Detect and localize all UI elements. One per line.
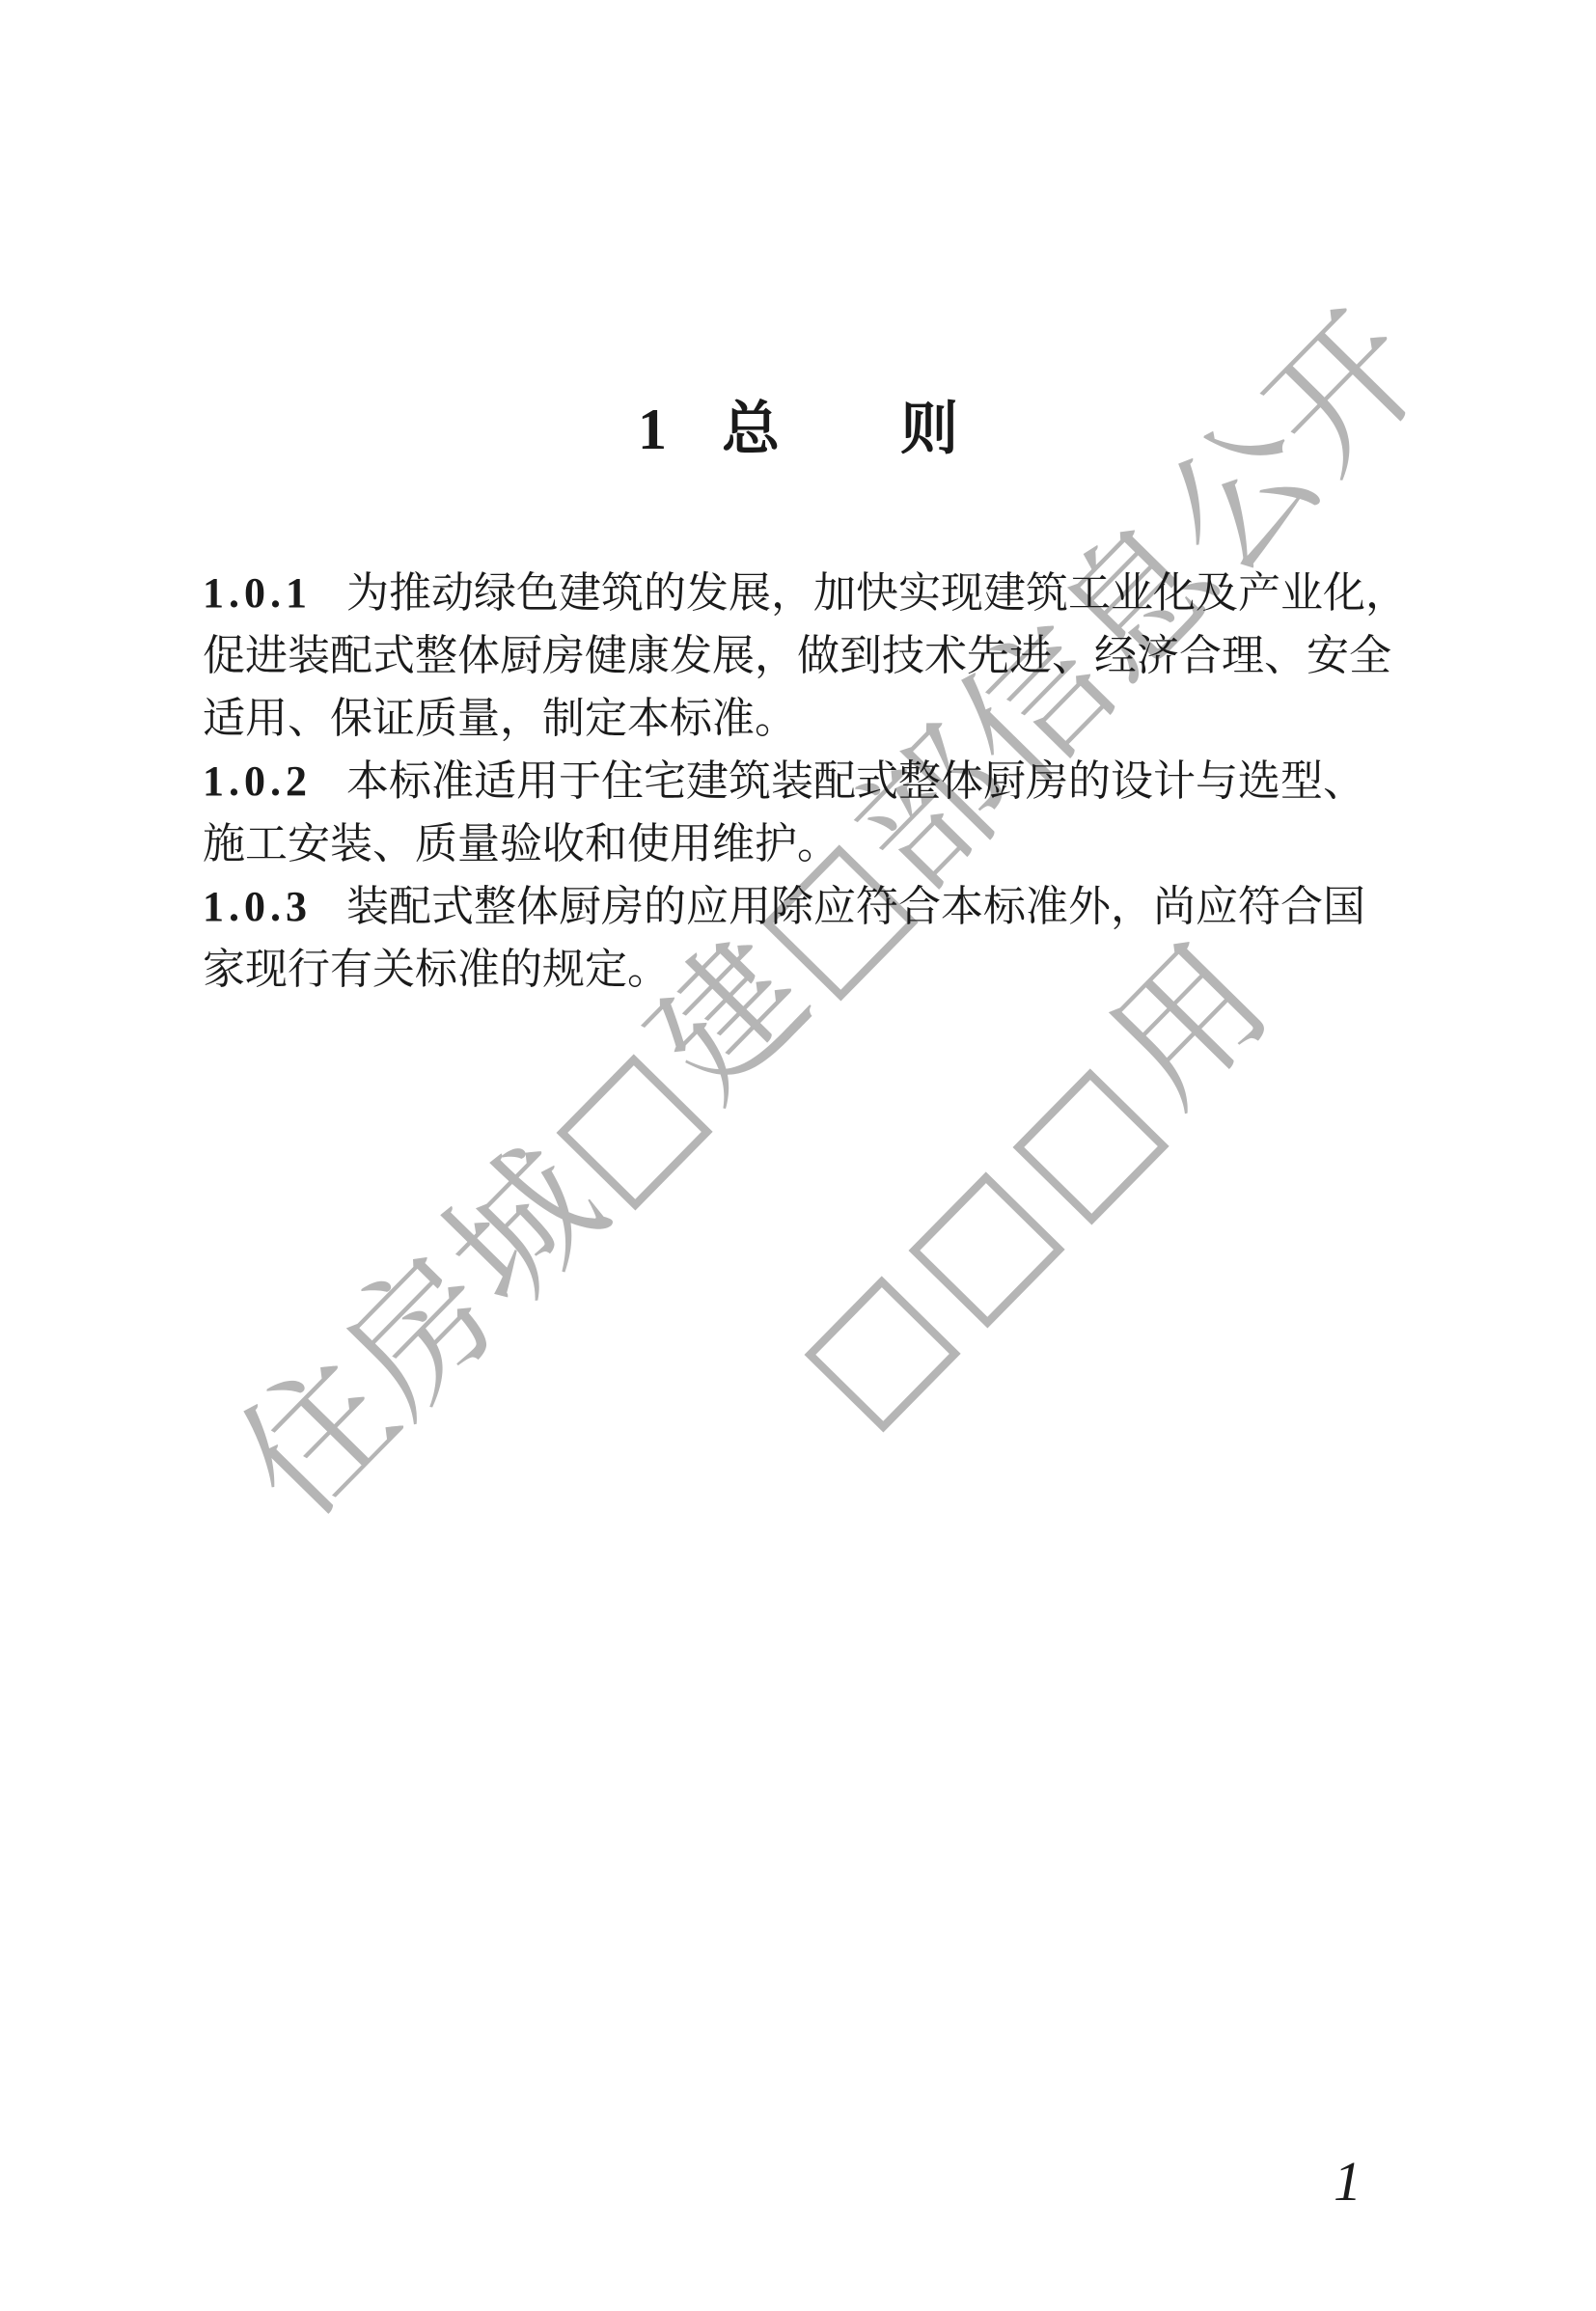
clause-1-0-3-line-1: 1.0.3装配式整体厨房的应用除应符合本标准外，尚应符合国 bbox=[203, 875, 1391, 938]
page-number: 1 bbox=[1334, 2154, 1362, 2210]
clause-text: 促进装配式整体厨房健康发展，做到技术先进、经济合理、安全 bbox=[203, 632, 1391, 679]
clause-text: 施工安装、质量验收和使用维护。 bbox=[203, 820, 839, 867]
clause-number: 1.0.2 bbox=[203, 757, 312, 805]
clause-1-0-3-line-2: 家现行有关标准的规定。 bbox=[203, 938, 1391, 1001]
clause-number: 1.0.3 bbox=[203, 883, 312, 930]
clause-text: 为推动绿色建筑的发展，加快实现建筑工业化及产业化， bbox=[346, 569, 1408, 617]
clause-1-0-1-line-3: 适用、保证质量，制定本标准。 bbox=[203, 687, 1391, 750]
clause-1-0-1-line-2: 促进装配式整体厨房健康发展，做到技术先进、经济合理、安全 bbox=[203, 624, 1391, 687]
clauses-block: 1.0.1为推动绿色建筑的发展，加快实现建筑工业化及产业化， 促进装配式整体厨房… bbox=[203, 562, 1391, 1001]
clause-text: 装配式整体厨房的应用除应符合本标准外，尚应符合国 bbox=[346, 883, 1365, 930]
clause-1-0-2-line-1: 1.0.2本标准适用于住宅建筑装配式整体厨房的设计与选型、 bbox=[203, 750, 1391, 812]
clause-text: 本标准适用于住宅建筑装配式整体厨房的设计与选型、 bbox=[346, 757, 1365, 805]
clause-text: 适用、保证质量，制定本标准。 bbox=[203, 695, 797, 742]
clause-text: 家现行有关标准的规定。 bbox=[203, 946, 670, 993]
document-page: 住 房 城 □ 建 □ 部 信 息 公 开 □ □ □ 用 1总则 1.0.1为… bbox=[0, 0, 1596, 2311]
section-title-char-2: 则 bbox=[900, 398, 958, 461]
clause-1-0-1-line-1: 1.0.1为推动绿色建筑的发展，加快实现建筑工业化及产业化， bbox=[203, 562, 1391, 624]
section-title-char-1: 总 bbox=[722, 398, 780, 461]
section-title: 1总则 bbox=[0, 398, 1596, 461]
clause-number: 1.0.1 bbox=[203, 569, 312, 617]
section-number: 1 bbox=[638, 398, 667, 461]
clause-1-0-2-line-2: 施工安装、质量验收和使用维护。 bbox=[203, 812, 1391, 875]
